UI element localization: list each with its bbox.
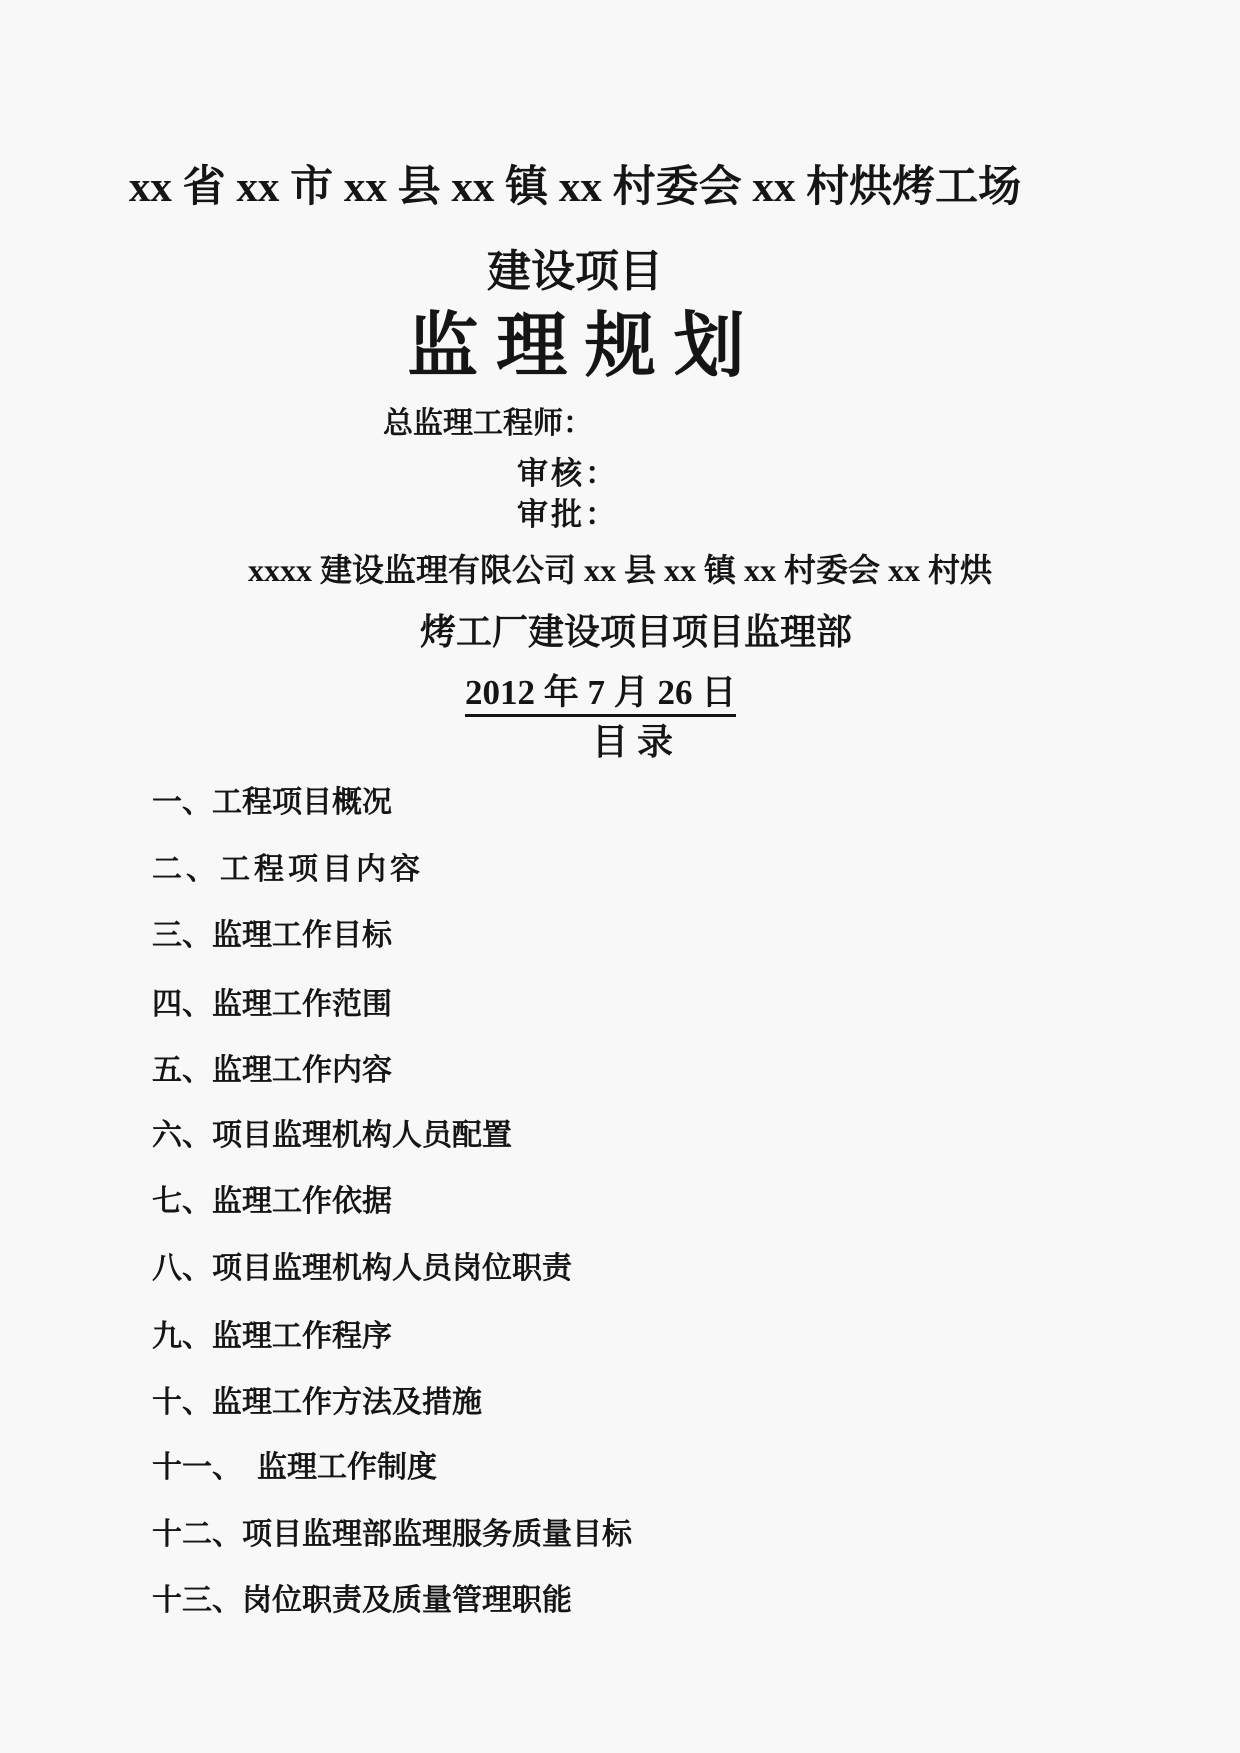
toc-item-5: 五、监理工作内容: [152, 1056, 392, 1086]
toc-item-8: 八、项目监理机构人员岗位职责: [152, 1254, 572, 1284]
toc-item-7: 七、监理工作依据: [152, 1187, 392, 1217]
company-name-line2: 烤工厂建设项目项目监理部: [420, 614, 852, 650]
document-page: xx 省 xx 市 xx 县 xx 镇 xx 村委会 xx 村烘烤工场 建设项目…: [0, 0, 1240, 1753]
toc-item-11: 十一、 监理工作制度: [152, 1453, 437, 1483]
toc-item-9: 九、监理工作程序: [152, 1322, 392, 1352]
document-main-title: 监 理 规 划: [0, 312, 1152, 383]
chief-supervision-engineer-label: 总监理工程师：: [383, 409, 593, 439]
approver-label: 审批：: [517, 499, 619, 530]
company-name-line1: xxxx 建设监理有限公司 xx 县 xx 镇 xx 村委会 xx 村烘: [248, 554, 992, 586]
toc-item-1: 一、工程项目概况: [152, 788, 392, 818]
document-date: 2012 年 7 月 26 日: [465, 675, 736, 717]
toc-heading: 目录: [592, 724, 682, 760]
reviewer-label: 审核：: [517, 458, 619, 489]
toc-item-6: 六、项目监理机构人员配置: [152, 1121, 512, 1151]
project-title-line2: 建设项目: [0, 250, 1150, 294]
toc-item-2: 二、工程项目内容: [152, 855, 424, 885]
toc-item-13: 十三、岗位职责及质量管理职能: [152, 1586, 572, 1616]
project-title-line1: xx 省 xx 市 xx 县 xx 镇 xx 村委会 xx 村烘烤工场: [0, 166, 1150, 209]
toc-item-3: 三、监理工作目标: [152, 921, 392, 951]
toc-item-4: 四、监理工作范围: [152, 990, 392, 1020]
document-date-text: 2012 年 7 月 26 日: [465, 675, 736, 717]
toc-item-12: 十二、项目监理部监理服务质量目标: [152, 1520, 632, 1550]
toc-item-10: 十、监理工作方法及措施: [152, 1388, 482, 1418]
